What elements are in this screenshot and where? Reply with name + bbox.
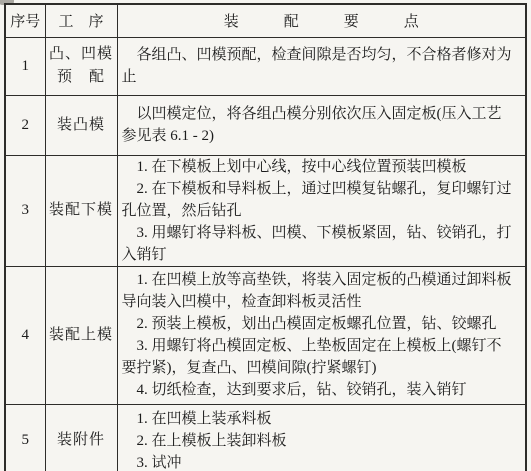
row-number: 4: [5, 266, 45, 404]
assembly-point: 2. 预装上模板，划出凸模固定板螺孔位置，钻、铰螺孔: [122, 313, 516, 335]
process-name: 装配上模: [45, 266, 117, 404]
table-row: 5 装附件 1. 在凹模上装承料板 2. 在上模板上装卸料板 3. 试冲: [5, 404, 526, 471]
assembly-point: 各组凸、凹模预配，检查间隙是否均匀，不合格者修对为止: [122, 44, 516, 88]
assembly-point: 2. 在上模板上装卸料板: [122, 430, 516, 452]
process-name-line: 预 配: [46, 66, 117, 89]
row-number: 3: [5, 155, 45, 266]
process-name: 凸、凹模 预 配: [45, 37, 117, 95]
points-cell: 1. 在凹模上放等高垫铁，将装入固定板的凸模通过卸料板导向装入凹模中，检查卸料板…: [117, 266, 526, 404]
table-row: 3 装配下模 1. 在下模板上划中心线，按中心线位置预装凹模板 2. 在下模板和…: [5, 155, 526, 266]
points-cell: 以凹模定位，将各组凸模分别依次压入固定板(压入工艺参见表 6.1 - 2): [117, 95, 526, 155]
points-cell: 各组凸、凹模预配，检查间隙是否均匀，不合格者修对为止: [117, 37, 526, 95]
assembly-point: 3. 用螺钉将导料板、凹模、下模板紧固，钻、铰销孔，打入销钉: [122, 222, 516, 266]
row-number: 2: [5, 95, 45, 155]
assembly-point: 3. 试冲: [122, 452, 516, 471]
table-row: 1 凸、凹模 预 配 各组凸、凹模预配，检查间隙是否均匀，不合格者修对为止: [5, 37, 526, 95]
assembly-point: 3. 用螺钉将凸模固定板、上垫板固定在上模板上(螺钉不要拧紧)，复查凸、凹模间隙…: [122, 335, 516, 379]
assembly-point: 1. 在凹模上装承料板: [122, 408, 516, 430]
points-cell: 1. 在下模板上划中心线，按中心线位置预装凹模板 2. 在下模板和导料板上，通过…: [117, 155, 526, 266]
process-name: 装配下模: [45, 155, 117, 266]
header-seq-no: 序号: [5, 4, 45, 37]
header-process: 工 序: [45, 4, 117, 37]
process-name-line: 凸、凹模: [46, 43, 117, 66]
table-row: 4 装配上模 1. 在凹模上放等高垫铁，将装入固定板的凸模通过卸料板导向装入凹模…: [5, 266, 526, 404]
assembly-point: 2. 在下模板和导料板上，通过凹模复钻螺孔，复印螺钉过孔位置，然后钻孔: [122, 178, 516, 222]
process-name: 装凸模: [45, 95, 117, 155]
process-name-line: 装配上模: [46, 324, 117, 347]
assembly-point: 1. 在凹模上放等高垫铁，将装入固定板的凸模通过卸料板导向装入凹模中，检查卸料板…: [122, 269, 516, 313]
header-assembly-points: 装 配 要 点: [117, 4, 526, 37]
table-row: 2 装凸模 以凹模定位，将各组凸模分别依次压入固定板(压入工艺参见表 6.1 -…: [5, 95, 526, 155]
table-header-row: 序号 工 序 装 配 要 点: [5, 4, 526, 37]
process-name-line: 装配下模: [46, 199, 117, 222]
assembly-point: 1. 在下模板上划中心线，按中心线位置预装凹模板: [122, 156, 516, 178]
process-name: 装附件: [45, 404, 117, 471]
assembly-point: 以凹模定位，将各组凸模分别依次压入固定板(压入工艺参见表 6.1 - 2): [122, 103, 516, 147]
assembly-point: 4. 切纸检查，达到要求后，钻、铰销孔，装入销钉: [122, 379, 516, 401]
process-name-line: 装附件: [46, 429, 117, 452]
row-number: 5: [5, 404, 45, 471]
row-number: 1: [5, 37, 45, 95]
points-cell: 1. 在凹模上装承料板 2. 在上模板上装卸料板 3. 试冲: [117, 404, 526, 471]
assembly-steps-table: 序号 工 序 装 配 要 点 1 凸、凹模 预 配 各组凸、凹模预配，检查间隙是…: [4, 3, 527, 471]
process-name-line: 装凸模: [46, 114, 117, 137]
